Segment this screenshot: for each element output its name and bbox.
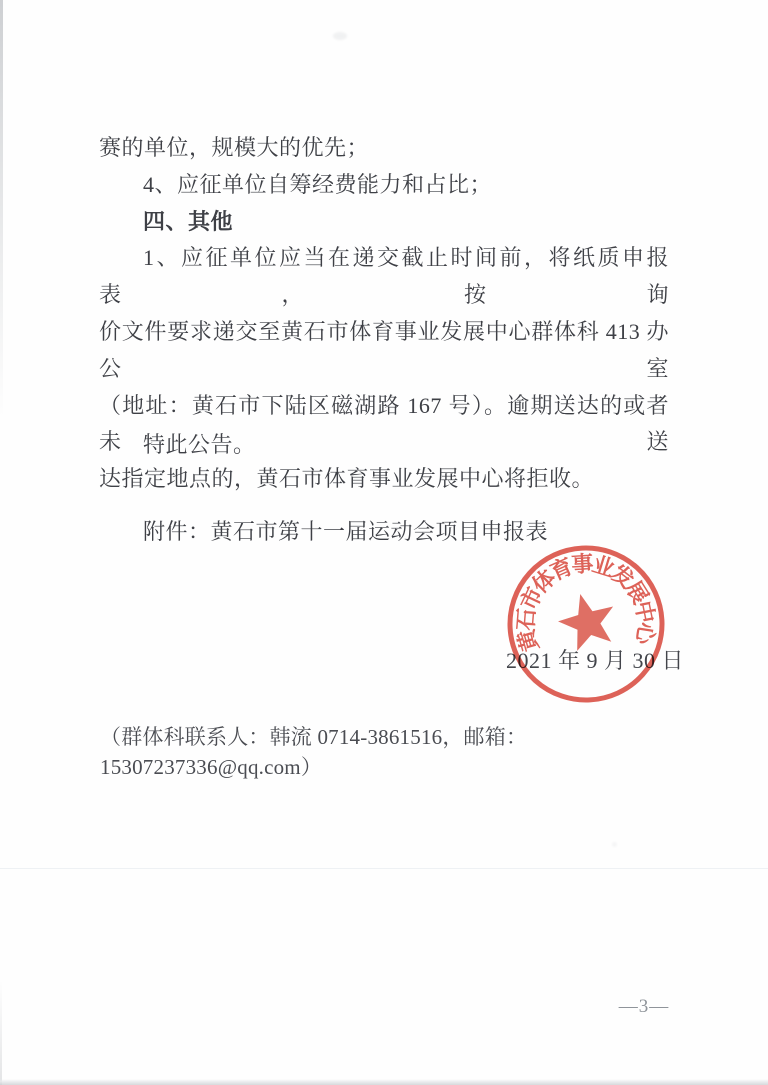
scan-smudge — [333, 32, 347, 40]
scan-faint-fold-line — [0, 868, 768, 869]
scan-edge-bottom — [0, 1079, 768, 1085]
contact-info-line: （群体科联系人：韩流 0714-3861516，邮箱：15307237336@q… — [100, 722, 700, 782]
section-heading: 四、其他 — [99, 204, 669, 241]
scan-smudge — [612, 842, 617, 847]
body-line: 达指定地点的，黄石市体育事业发展中心将拒收。 — [99, 461, 669, 498]
closing-statement: 特此公告。 — [99, 427, 669, 464]
body-line: 1、应征单位应当在递交截止时间前，将纸质申报表，按询 — [99, 240, 669, 314]
official-seal: 黄石市体育事业发展中心 — [497, 535, 676, 714]
body-line: 价文件要求递交至黄石市体育事业发展中心群体科 413 办公室 — [99, 314, 669, 388]
document-page: 赛的单位，规模大的优先； 4、应征单位自筹经费能力和占比； 四、其他 1、应征单… — [0, 0, 768, 1085]
page-number: —3— — [596, 996, 692, 1018]
body-line: 赛的单位，规模大的优先； — [99, 130, 669, 167]
body-line: 4、应征单位自筹经费能力和占比； — [99, 167, 669, 204]
seal-character: 心 — [631, 621, 659, 648]
scan-edge-left — [0, 0, 3, 420]
seal-star-icon — [557, 592, 616, 652]
scan-edge-left-lower — [0, 980, 2, 1085]
